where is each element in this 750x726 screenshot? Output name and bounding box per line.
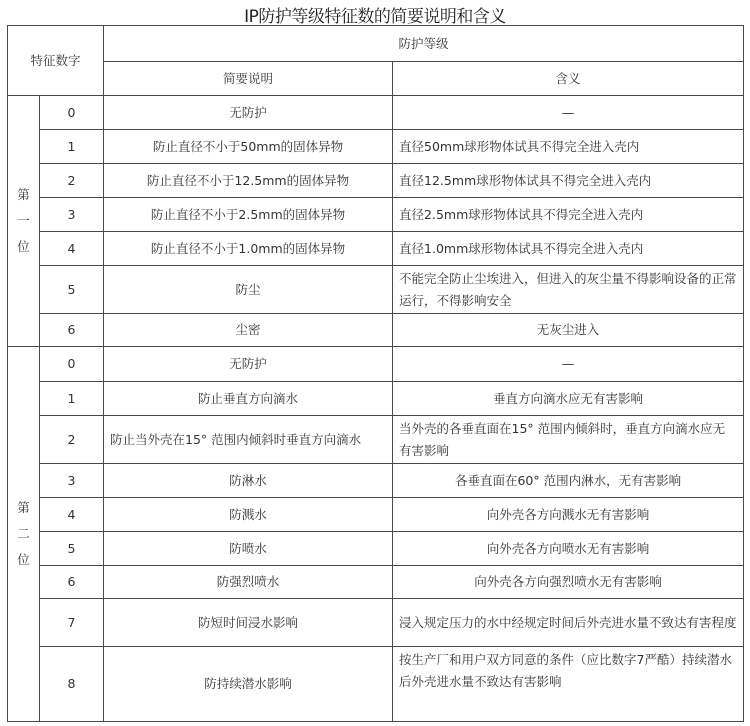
digit-cell: 2 [40,416,104,464]
desc-cell: 防强烈喷水 [104,566,393,599]
group-label-char: 二 [8,521,39,547]
desc-cell: 防止直径不小于2.5mm的固体异物 [104,198,393,232]
group-label-char: 位 [8,234,39,260]
desc-cell: 防止当外壳在15° 范围内倾斜时垂直方向滴水 [104,416,393,464]
header-desc: 简要说明 [104,62,393,96]
table-row: 5 防喷水 向外壳各方向喷水无有害影响 [8,532,744,566]
meaning-cell: — [393,347,744,382]
meaning-cell: 当外壳的各垂直面在15° 范围内倾斜时，垂直方向滴水应无有害影响 [393,416,744,464]
digit-cell: 0 [40,96,104,130]
desc-cell: 无防护 [104,96,393,130]
desc-cell: 防喷水 [104,532,393,566]
table-row: 4 防溅水 向外壳各方向溅水无有害影响 [8,498,744,532]
table-row: 1 防止垂直方向滴水 垂直方向滴水应无有害影响 [8,382,744,416]
group-label-char: 第 [8,495,39,521]
group-label-char: 一 [8,208,39,234]
meaning-cell: 直径12.5mm球形物体试具不得完全进入壳内 [393,164,744,198]
digit-cell: 1 [40,382,104,416]
meaning-cell: 不能完全防止尘埃进入，但进入的灰尘量不得影响设备的正常运行，不得影响安全 [393,266,744,314]
table-row: 3 防淋水 各垂直面在60° 范围内淋水，无有害影响 [8,464,744,498]
meaning-cell: — [393,96,744,130]
meaning-cell: 直径50mm球形物体试具不得完全进入壳内 [393,130,744,164]
table-row: 3 防止直径不小于2.5mm的固体异物 直径2.5mm球形物体试具不得完全进入壳… [8,198,744,232]
group-label-char: 第 [8,182,39,208]
table-row: 第 一 位 0 无防护 — [8,96,744,130]
page-title: IP防护等级特征数的简要说明和含义 [0,2,750,27]
desc-cell: 防止直径不小于12.5mm的固体异物 [104,164,393,198]
digit-cell: 8 [40,647,104,722]
digit-cell: 3 [40,198,104,232]
digit-cell: 7 [40,599,104,647]
header-meaning: 含义 [393,62,744,96]
header-row-2: 简要说明 含义 [8,62,744,96]
digit-cell: 4 [40,232,104,266]
digit-cell: 1 [40,130,104,164]
desc-cell: 防止直径不小于50mm的固体异物 [104,130,393,164]
desc-cell: 防尘 [104,266,393,314]
desc-cell: 防淋水 [104,464,393,498]
header-row-1: 特征数字 防护等级 [8,26,744,62]
table-row: 7 防短时间浸水影响 浸入规定压力的水中经规定时间后外壳进水量不致达有害程度 [8,599,744,647]
digit-cell: 5 [40,532,104,566]
desc-cell: 防持续潜水影响 [104,647,393,722]
desc-cell: 尘密 [104,314,393,347]
table-row: 2 防止当外壳在15° 范围内倾斜时垂直方向滴水 当外壳的各垂直面在15° 范围… [8,416,744,464]
table-row: 4 防止直径不小于1.0mm的固体异物 直径1.0mm球形物体试具不得完全进入壳… [8,232,744,266]
digit-cell: 5 [40,266,104,314]
desc-cell: 防止垂直方向滴水 [104,382,393,416]
meaning-cell: 向外壳各方向喷水无有害影响 [393,532,744,566]
meaning-cell: 浸入规定压力的水中经规定时间后外壳进水量不致达有害程度 [393,599,744,647]
ip-rating-table: 特征数字 防护等级 简要说明 含义 第 一 位 0 无防护 — 1 防止直径不小… [7,25,744,722]
group-label-second: 第 二 位 [8,347,40,722]
desc-cell: 防止直径不小于1.0mm的固体异物 [104,232,393,266]
group-label-char: 位 [8,547,39,573]
meaning-cell: 直径2.5mm球形物体试具不得完全进入壳内 [393,198,744,232]
digit-cell: 6 [40,314,104,347]
meaning-cell: 向外壳各方向强烈喷水无有害影响 [393,566,744,599]
desc-cell: 无防护 [104,347,393,382]
table-row: 1 防止直径不小于50mm的固体异物 直径50mm球形物体试具不得完全进入壳内 [8,130,744,164]
table-row: 第 二 位 0 无防护 — [8,347,744,382]
digit-cell: 6 [40,566,104,599]
meaning-cell: 直径1.0mm球形物体试具不得完全进入壳内 [393,232,744,266]
meaning-cell: 垂直方向滴水应无有害影响 [393,382,744,416]
table-row: 6 防强烈喷水 向外壳各方向强烈喷水无有害影响 [8,566,744,599]
table-row: 8 防持续潜水影响 按生产厂和用户双方同意的条件（应比数字7严酷）持续潜水后外壳… [8,647,744,722]
meaning-cell: 无灰尘进入 [393,314,744,347]
desc-cell: 防短时间浸水影响 [104,599,393,647]
desc-cell: 防溅水 [104,498,393,532]
table-row: 5 防尘 不能完全防止尘埃进入，但进入的灰尘量不得影响设备的正常运行，不得影响安… [8,266,744,314]
meaning-cell: 向外壳各方向溅水无有害影响 [393,498,744,532]
group-label-first: 第 一 位 [8,96,40,347]
digit-cell: 4 [40,498,104,532]
digit-cell: 0 [40,347,104,382]
digit-cell: 3 [40,464,104,498]
meaning-cell: 按生产厂和用户双方同意的条件（应比数字7严酷）持续潜水后外壳进水量不致达有害影响 [393,647,744,722]
header-protection-level: 防护等级 [104,26,744,62]
table-row: 2 防止直径不小于12.5mm的固体异物 直径12.5mm球形物体试具不得完全进… [8,164,744,198]
table-row: 6 尘密 无灰尘进入 [8,314,744,347]
digit-cell: 2 [40,164,104,198]
header-digit: 特征数字 [8,26,104,96]
meaning-cell: 各垂直面在60° 范围内淋水，无有害影响 [393,464,744,498]
